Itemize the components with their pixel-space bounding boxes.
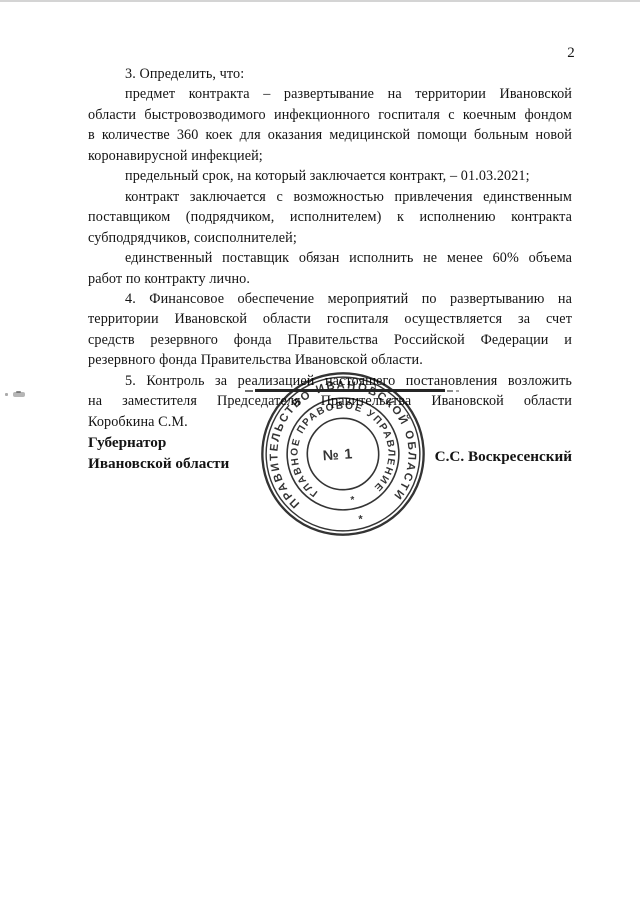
signer-name: С.С. Воскресенский	[435, 448, 572, 466]
text-line: коронавирусной инфекцией;	[88, 146, 572, 166]
margin-smudge-artifact	[16, 391, 21, 393]
text-line: контракт заключается с возможностью прив…	[88, 187, 572, 207]
signer-title: Губернатор Ивановской области	[88, 433, 229, 474]
text-line: единственный поставщик обязан исполнить …	[88, 248, 572, 268]
page-number: 2	[561, 45, 581, 62]
strike-line-dash-left	[245, 390, 253, 392]
text-line: субподрядчиков, соисполнителей;	[88, 228, 572, 248]
text-line: средств резервного фонда Правительства Р…	[88, 330, 572, 350]
strike-line-dash-right	[447, 390, 453, 392]
signer-title-line1: Губернатор	[88, 433, 229, 454]
text-line: предельный срок, на который заключается …	[88, 166, 572, 186]
text-line: 3. Определить, что:	[88, 64, 572, 84]
text-line: территории Ивановской области госпиталя …	[88, 309, 572, 329]
text-line: в количестве 360 коек для оказания медиц…	[88, 125, 572, 145]
text-line: 4. Финансовое обеспечение мероприятий по…	[88, 289, 572, 309]
scan-edge-artifact	[0, 0, 640, 2]
text-line: работ по контракту лично.	[88, 269, 572, 289]
text-line: области быстровозводимого инфекционного …	[88, 105, 572, 125]
text-line: резервного фонда Правительства Ивановско…	[88, 350, 572, 370]
seal-center-number: № 1	[322, 446, 353, 464]
strike-line-artifact	[255, 389, 445, 392]
seal-outer-separator-asterisk: *	[358, 513, 364, 525]
strike-line-dash-right-2	[456, 390, 459, 392]
text-line: поставщиком (подрядчиком, исполнителем) …	[88, 207, 572, 227]
signer-title-line2: Ивановской области	[88, 454, 229, 475]
text-line: предмет контракта – развертывание на тер…	[88, 84, 572, 104]
document-page: 2 3. Определить, что: предмет контракта …	[0, 0, 640, 905]
seal-inner-separator-asterisk: *	[350, 495, 355, 506]
margin-smudge-artifact	[5, 393, 8, 396]
